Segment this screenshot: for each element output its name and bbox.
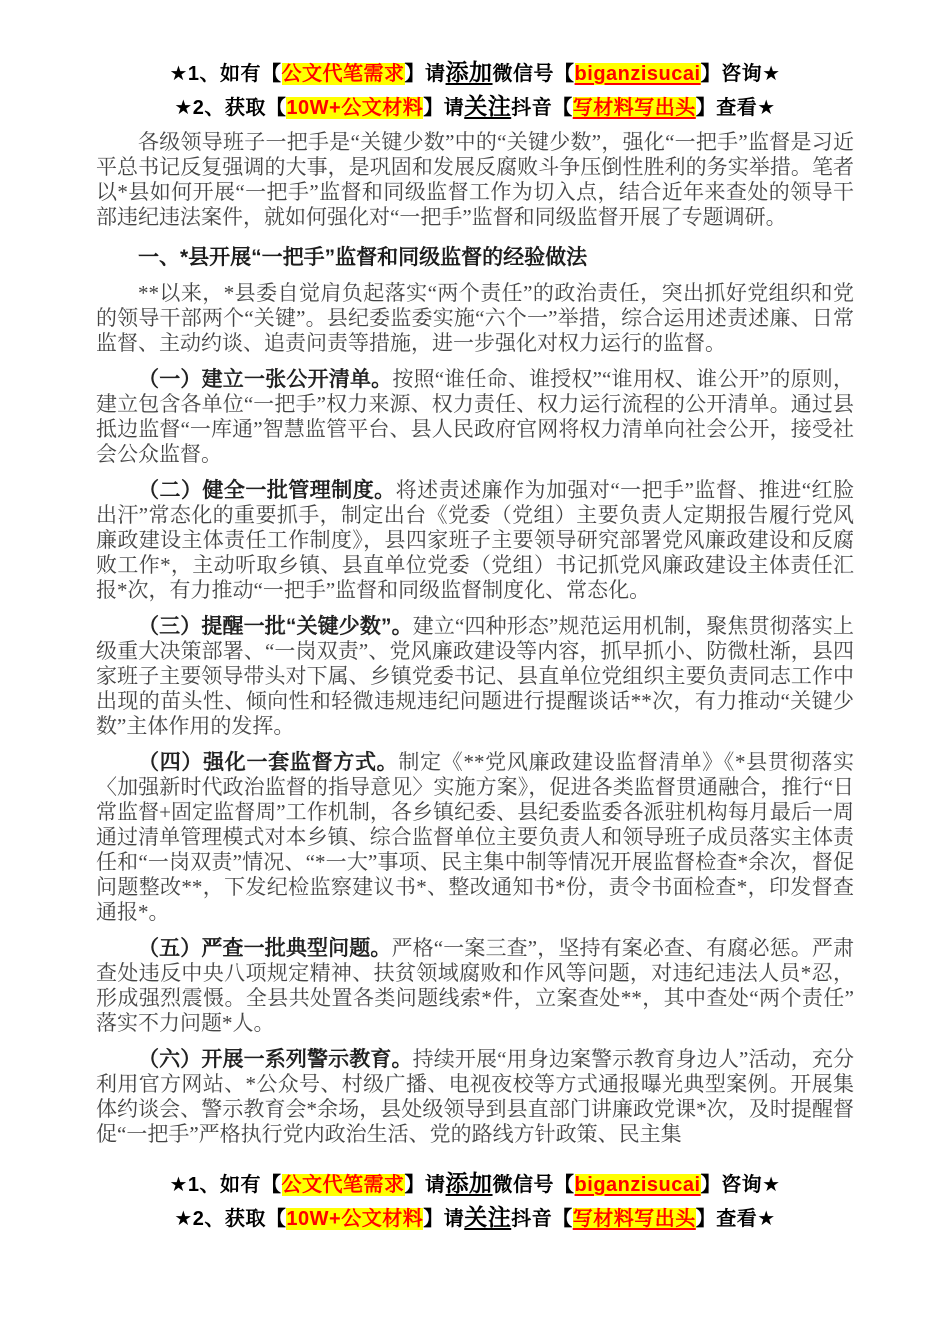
banner-text: 抖音【 <box>511 1208 573 1230</box>
section-heading-text: 一、*县开展“一把手”监督和同级监督的经验做法 <box>138 246 587 269</box>
paragraph: 各级领导班子一把手是“关键少数”中的“关键少数”，强化“一把手”监督是习近平总书… <box>96 130 854 230</box>
header-banner: ★1、如有【公文代笔需求】请添加微信号【biganzisucai】咨询★★2、获… <box>0 56 950 124</box>
banner-text: 】请 <box>423 1208 464 1230</box>
document-body: 各级领导班子一把手是“关键少数”中的“关键少数”，强化“一把手”监督是习近平总书… <box>0 130 950 1147</box>
banner-text: ★1、如有【 <box>169 1174 281 1196</box>
highlighted-promo-text: 写材料写出头 <box>573 97 696 119</box>
highlighted-promo-text: biganzisucai <box>575 1174 701 1196</box>
banner-line: ★2、获取【10W+公文材料】请关注抖音【写材料写出头】查看★ <box>0 90 950 124</box>
underlined-promo-text: 添加 <box>446 59 493 85</box>
paragraph-lead: （六）开展一系列警示教育。 <box>138 1048 413 1071</box>
underlined-promo-text: 关注 <box>464 1204 511 1230</box>
banner-text: 微信号【 <box>493 63 575 85</box>
banner-line: ★1、如有【公文代笔需求】请添加微信号【biganzisucai】咨询★ <box>0 1167 950 1201</box>
paragraph: （四）强化一套监督方式。制定《**党风廉政建设监督清单》《*县贯彻落实〈加强新时… <box>96 750 854 925</box>
paragraph: **以来，*县委自觉肩负起落实“两个责任”的政治责任，突出抓好党组织和党的领导干… <box>96 281 854 356</box>
highlighted-promo-text: 公文代笔需求 <box>282 63 405 85</box>
underlined-promo-text: 关注 <box>464 93 511 119</box>
banner-line: ★2、获取【10W+公文材料】请关注抖音【写材料写出头】查看★ <box>0 1201 950 1235</box>
paragraph: （六）开展一系列警示教育。持续开展“用身边案警示教育身边人”活动，充分利用官方网… <box>96 1047 854 1147</box>
banner-text: ★1、如有【 <box>169 63 281 85</box>
banner-text: 】请 <box>405 63 446 85</box>
banner-text: 】查看★ <box>696 1208 776 1230</box>
section-heading: 一、*县开展“一把手”监督和同级监督的经验做法 <box>96 245 854 270</box>
underlined-promo-text: 添加 <box>446 1170 493 1196</box>
banner-text: ★2、获取【 <box>174 97 286 119</box>
paragraph-lead: （二）健全一批管理制度。 <box>138 479 396 502</box>
banner-text: 抖音【 <box>511 97 573 119</box>
footer-banner: ★1、如有【公文代笔需求】请添加微信号【biganzisucai】咨询★★2、获… <box>0 1167 950 1235</box>
banner-text: ★2、获取【 <box>174 1208 286 1230</box>
banner-text: 】请 <box>423 97 464 119</box>
highlighted-promo-text: 写材料写出头 <box>573 1208 696 1230</box>
paragraph: （二）健全一批管理制度。将述责述廉作为加强对“一把手”监督、推进“红脸出汗”常态… <box>96 478 854 603</box>
banner-text: 】查看★ <box>696 97 776 119</box>
paragraph-text: 各级领导班子一把手是“关键少数”中的“关键少数”，强化“一把手”监督是习近平总书… <box>96 130 854 229</box>
paragraph-lead: （三）提醒一批“关键少数”。 <box>138 615 413 638</box>
paragraph-lead: （五）严查一批典型问题。 <box>138 937 392 960</box>
paragraph: （一）建立一张公开清单。按照“谁任命、谁授权”“谁用权、谁公开”的原则，建立包含… <box>96 367 854 467</box>
banner-text: 】请 <box>405 1174 446 1196</box>
paragraph-lead: （四）强化一套监督方式。 <box>138 751 398 774</box>
highlighted-promo-text: 10W+公文材料 <box>286 97 423 119</box>
document-page: ★1、如有【公文代笔需求】请添加微信号【biganzisucai】咨询★★2、获… <box>0 0 950 1344</box>
banner-text: 】咨询★ <box>701 63 781 85</box>
highlighted-promo-text: biganzisucai <box>575 63 701 85</box>
highlighted-promo-text: 10W+公文材料 <box>286 1208 423 1230</box>
highlighted-promo-text: 公文代笔需求 <box>282 1174 405 1196</box>
paragraph: （三）提醒一批“关键少数”。建立“四种形态”规范运用机制，聚焦贯彻落实上级重大决… <box>96 614 854 739</box>
paragraph-text: 制定《**党风廉政建设监督清单》《*县贯彻落实〈加强新时代政治监督的指导意见〉实… <box>96 750 854 924</box>
paragraph-lead: （一）建立一张公开清单。 <box>138 368 392 391</box>
banner-text: 】咨询★ <box>701 1174 781 1196</box>
paragraph-text: **以来，*县委自觉肩负起落实“两个责任”的政治责任，突出抓好党组织和党的领导干… <box>96 281 854 355</box>
banner-line: ★1、如有【公文代笔需求】请添加微信号【biganzisucai】咨询★ <box>0 56 950 90</box>
banner-text: 微信号【 <box>493 1174 575 1196</box>
paragraph: （五）严查一批典型问题。严格“一案三查”，坚持有案必查、有腐必惩。严肃查处违反中… <box>96 936 854 1036</box>
